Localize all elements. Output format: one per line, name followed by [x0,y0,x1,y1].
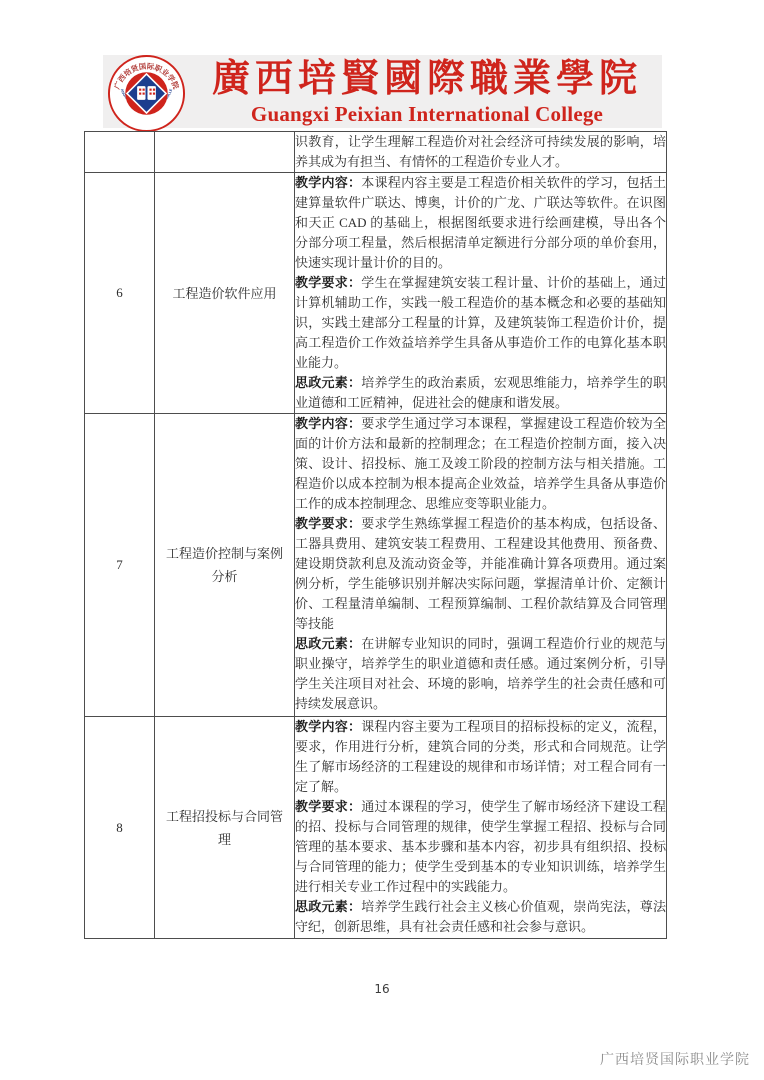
section-label: 思政元素： [295,375,361,390]
section-paragraph: 教学内容：本课程内容主要是工程造价相关软件的学习，包括土建算量软件广联达、博奥，… [295,173,666,273]
section-label: 教学要求： [295,516,361,531]
footer-watermark: 广西培贤国际职业学院 [600,1049,750,1069]
carryover-paragraph: 识教育，让学生理解工程造价对社会经济可持续发展的影响，培养其成为有担当、有情怀的… [295,132,666,172]
course-content-cell: 教学内容：课程内容主要为工程项目的招标投标的定义，流程，要求，作用进行分析，建筑… [295,717,667,939]
section-label: 思政元素： [295,899,361,914]
row-number-cell: 6 [85,173,155,414]
table-row-6: 6 工程造价软件应用 教学内容：本课程内容主要是工程造价相关软件的学习，包括土建… [85,173,667,414]
college-seal-logo: 广西培贤国际职业学院 GUANGXI PEIXIAN INTERNATIONAL… [107,54,186,133]
section-paragraph: 教学内容：课程内容主要为工程项目的招标投标的定义，流程，要求，作用进行分析，建筑… [295,717,666,797]
course-content-cell: 识教育，让学生理解工程造价对社会经济可持续发展的影响，培养其成为有担当、有情怀的… [295,132,667,173]
section-paragraph: 教学要求：要求学生熟练掌握工程造价的基本构成，包括设备、工器具费用、建筑安装工程… [295,514,666,634]
table-row-8: 8 工程招投标与合同管理 教学内容：课程内容主要为工程项目的招标投标的定义，流程… [85,717,667,939]
course-name-cell: 工程招投标与合同管理 [155,717,295,939]
course-name-text: 工程招投标与合同管理 [164,805,286,851]
course-table: 识教育，让学生理解工程造价对社会经济可持续发展的影响，培养其成为有担当、有情怀的… [84,131,667,939]
section-label: 教学内容： [295,416,361,431]
section-label: 教学要求： [295,275,361,290]
section-paragraph: 思政元素：在讲解专业知识的同时，强调工程造价行业的规范与职业操守，培养学生的职业… [295,634,666,714]
course-content-cell: 教学内容：要求学生通过学习本课程，掌握建设工程造价较为全面的计价方法和最新的控制… [295,414,667,717]
section-label: 教学内容： [295,719,361,734]
table-row-carryover: 识教育，让学生理解工程造价对社会经济可持续发展的影响，培养其成为有担当、有情怀的… [85,132,667,173]
college-title-zh: 廣西培賢國際職業學院 [196,56,658,103]
section-paragraph: 思政元素：培养学生践行社会主义核心价值观，崇尚宪法，尊法守纪，创新思维，具有社会… [295,897,666,937]
document-page: 广西培贤国际职业学院 GUANGXI PEIXIAN INTERNATIONAL… [0,0,764,1080]
section-label: 思政元素： [295,636,361,651]
course-name-cell: 工程造价控制与案例分析 [155,414,295,717]
row-number-cell [85,132,155,173]
section-label: 教学要求： [295,799,361,814]
course-name-cell [155,132,295,173]
section-text: 要求学生熟练掌握工程造价的基本构成，包括设备、工器具费用、建筑安装工程费用、工程… [295,516,666,631]
college-title-block: 廣西培賢國際職業學院 Guangxi Peixian International… [196,56,658,125]
page-number: 16 [0,982,764,996]
section-paragraph: 教学内容：要求学生通过学习本课程，掌握建设工程造价较为全面的计价方法和最新的控制… [295,414,666,514]
section-paragraph: 思政元素：培养学生的政治素质，宏观思维能力，培养学生的职业道德和工匠精神，促进社… [295,373,666,413]
section-paragraph: 教学要求：通过本课程的学习，使学生了解市场经济下建设工程的招、投标与合同管理的规… [295,797,666,897]
section-label: 教学内容： [295,175,361,190]
college-title-en: Guangxi Peixian International College [196,103,658,125]
course-name-cell: 工程造价软件应用 [155,173,295,414]
section-paragraph: 教学要求：学生在掌握建筑安装工程计量、计价的基础上，通过计算机辅助工作，实践一般… [295,273,666,373]
table-row-7: 7 工程造价控制与案例分析 教学内容：要求学生通过学习本课程，掌握建设工程造价较… [85,414,667,717]
course-content-cell: 教学内容：本课程内容主要是工程造价相关软件的学习，包括土建算量软件广联达、博奥，… [295,173,667,414]
carryover-text: 识教育，让学生理解工程造价对社会经济可持续发展的影响，培养其成为有担当、有情怀的… [295,134,666,169]
row-number-cell: 8 [85,717,155,939]
row-number-cell: 7 [85,414,155,717]
course-name-text: 工程造价软件应用 [164,282,286,305]
course-name-text: 工程造价控制与案例分析 [164,542,286,588]
